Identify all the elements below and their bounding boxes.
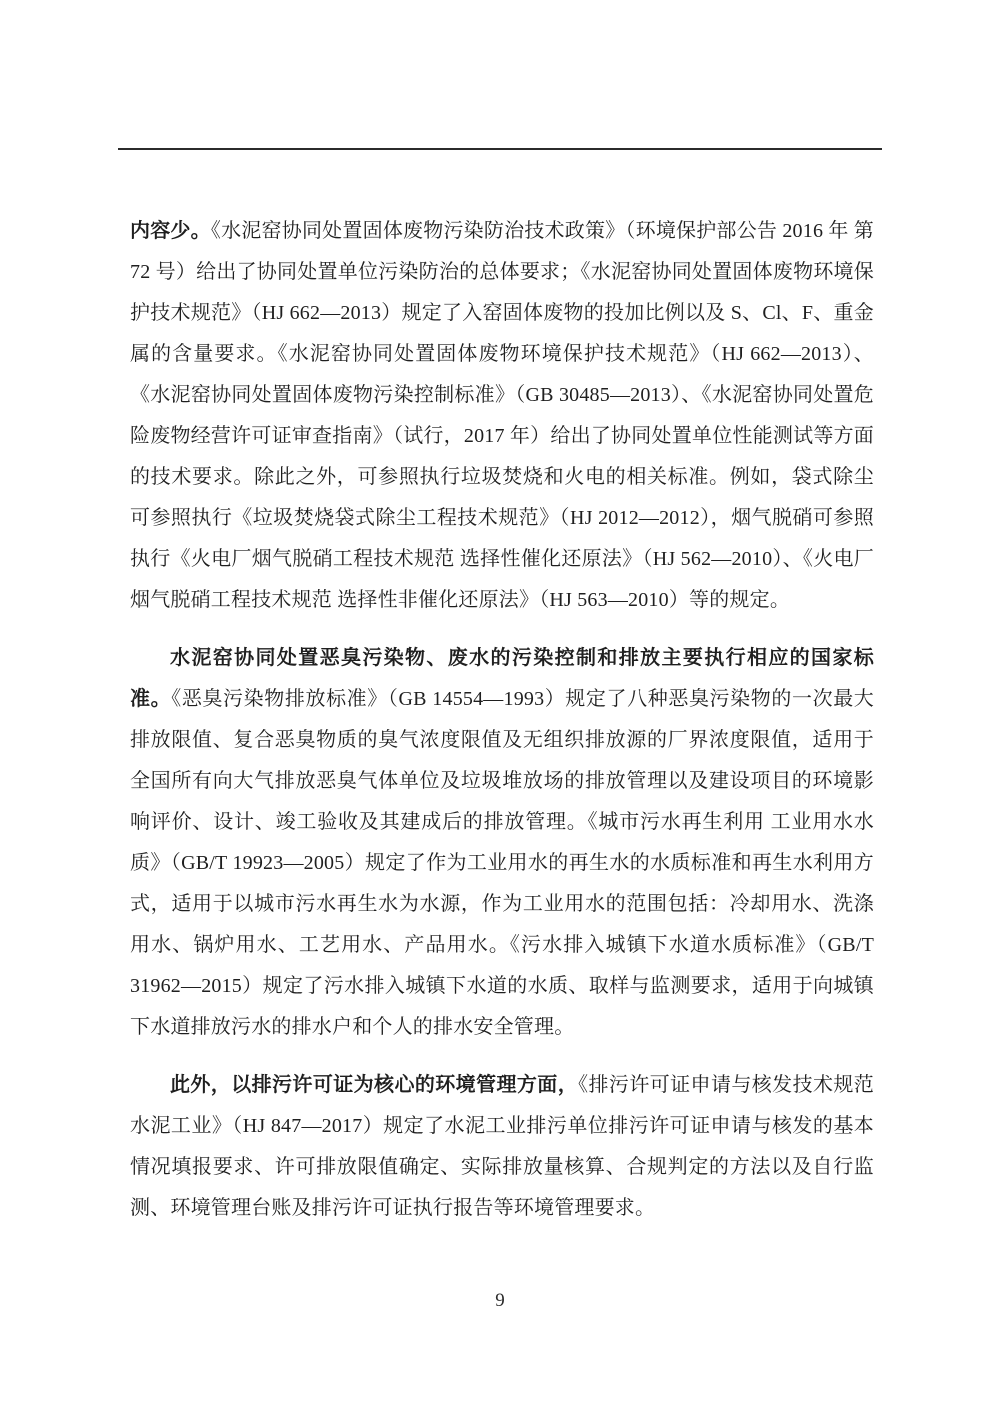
document-page: 内容少。《水泥窑协同处置固体废物污染防治技术政策》（环境保护部公告 2016 年… [0,0,1000,1414]
paragraph-3: 此外，以排污许可证为核心的环境管理方面，《排污许可证申请与核发技术规范 水泥工业… [130,1065,874,1229]
document-body: 内容少。《水泥窑协同处置固体废物污染防治技术政策》（环境保护部公告 2016 年… [130,211,874,1229]
page-footer: 9 [0,1290,1000,1312]
header-rule [118,148,882,150]
paragraph-1: 内容少。《水泥窑协同处置固体废物污染防治技术政策》（环境保护部公告 2016 年… [130,211,874,621]
paragraph-2: 水泥窑协同处置恶臭污染物、废水的污染控制和排放主要执行相应的国家标准。《恶臭污染… [130,638,874,1048]
page-number: 9 [495,1290,505,1311]
paragraph-1-lead-bold: 内容少。 [130,220,211,242]
paragraph-3-lead-bold: 此外，以排污许可证为核心的环境管理方面， [170,1074,578,1096]
paragraph-1-body-text: 《水泥窑协同处置固体废物污染防治技术政策》（环境保护部公告 2016 年 第 7… [130,220,874,611]
paragraph-2-body-text: 《恶臭污染物排放标准》（GB 14554—1993）规定了八种恶臭污染物的一次最… [130,688,874,1038]
